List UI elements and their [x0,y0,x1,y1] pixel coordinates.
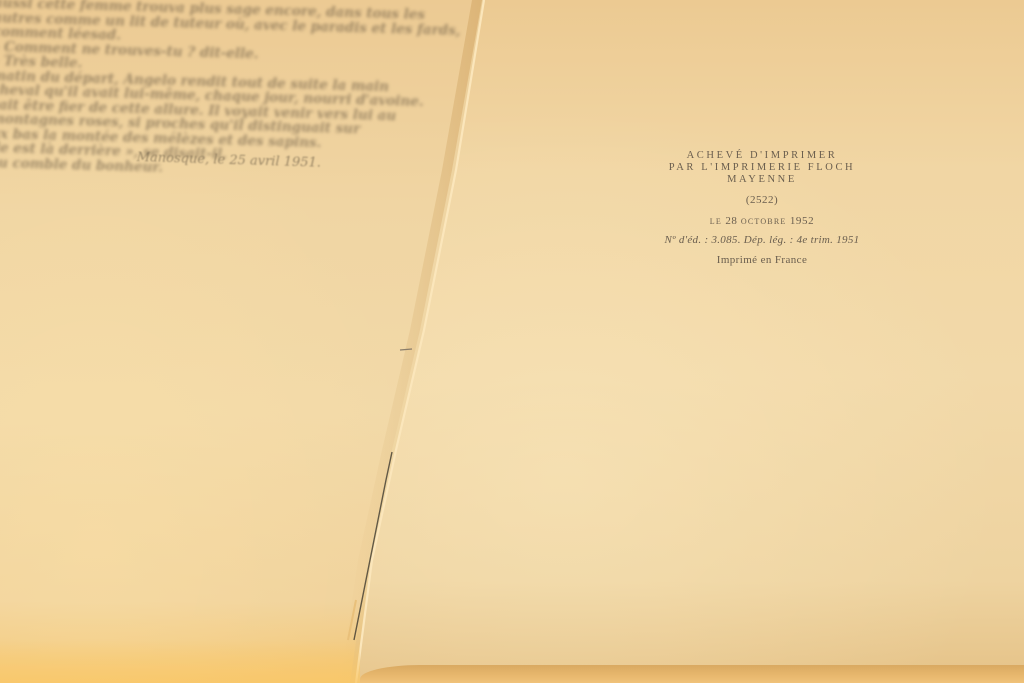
left-page-bottom-glow [0,640,360,683]
right-page-bottom-edge [360,665,1024,683]
date-year: 1952 [790,215,814,227]
colophon: ACHEVÉ D'IMPRIMER PAR L'IMPRIMERIE FLOCH… [630,150,894,266]
edition-info: Nº d'éd. : 3.085. Dép. lég. : 4e trim. 1… [630,234,894,246]
date-month: OCTOBRE [741,217,787,226]
colophon-line-3: MAYENNE [630,174,894,186]
open-book-photo: aussi cette femme trouva plus sage encor… [0,0,1024,683]
colophon-line-1: ACHEVÉ D'IMPRIMER [630,150,894,162]
print-date: LE 28 OCTOBRE 1952 [630,215,894,227]
date-day: 28 [725,215,737,227]
printed-in: Imprimé en France [630,254,894,266]
colophon-line-2: PAR L'IMPRIMERIE FLOCH [630,162,894,174]
print-number: (2522) [630,194,894,206]
date-prefix: LE [710,217,722,226]
